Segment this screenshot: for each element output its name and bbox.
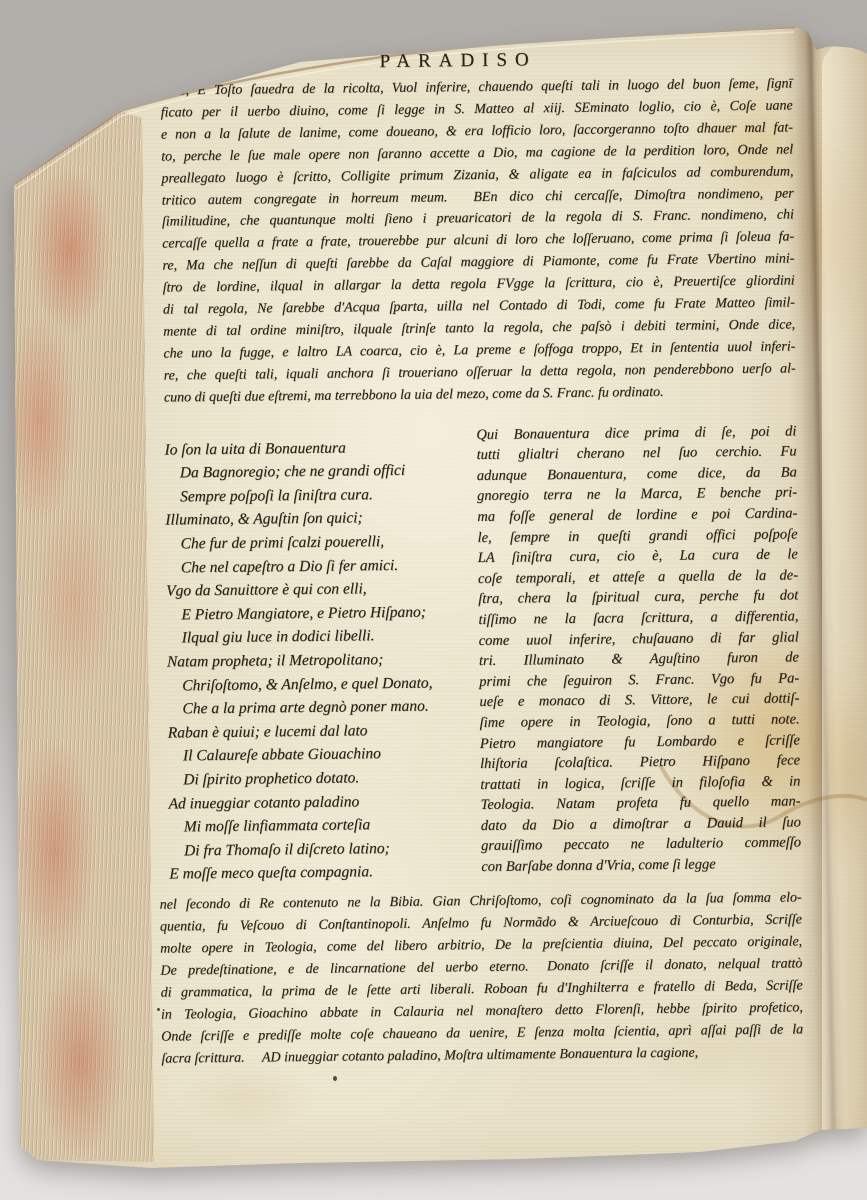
- ink-speck: [157, 1008, 160, 1011]
- verse-line: Che fur de primi ſcalzi pouerelli,: [165, 529, 459, 556]
- verse-line: Raban è quiui; e lucemi dal lato: [168, 718, 462, 745]
- open-book: PARADISO dare, E Toſto ſauedra de la ric…: [0, 0, 867, 1200]
- two-column-section: Io ſon la uita di BonauenturaDa Bagnoreg…: [164, 421, 801, 886]
- verse-line: Il Calaureſe abbate Giouachino: [168, 742, 462, 769]
- text-line: grauiſſimo peccato ne ladulterio commeſſ…: [481, 833, 801, 857]
- verse-line: Che nel capeſtro a Dio ſi fer amici.: [166, 553, 460, 580]
- ink-speck: [333, 1076, 337, 1081]
- text-line: tiſſimo ne la ſacra ſcrittura, a differe…: [478, 606, 798, 630]
- bottom-commentary: nel ſecondo di Re contenuto ne la Bibia.…: [160, 887, 804, 1070]
- intro-commentary: dare, E Toſto ſauedra de la ricolta, Vuo…: [160, 73, 796, 409]
- verse-line: Sempre poſpoſi la ſiniſtra cura.: [165, 482, 459, 509]
- text-line: con Barſabe donna d'Vria, come ſi legge: [481, 853, 801, 877]
- commentary-column: Qui Bonauentura dice prima di ſe, poi di…: [476, 421, 801, 883]
- verse-line: E Pietro Mangiatore, e Pietro Hiſpano;: [166, 600, 460, 627]
- water-stain: [185, 1065, 310, 1130]
- verse-line: Io ſon la uita di Bonauentura: [164, 435, 458, 462]
- verse-line: Di fra Thomaſo il diſcreto latino;: [169, 836, 463, 863]
- verse-line: E moſſe meco queſta compagnia.: [169, 859, 463, 886]
- photo-background: PARADISO dare, E Toſto ſauedra de la ric…: [0, 0, 867, 1200]
- verse-line: Ad inueggiar cotanto paladino: [168, 789, 462, 816]
- verse-line: Da Bagnoregio; che ne grandi offici: [165, 458, 459, 485]
- verse-line: Che a la prima arte degnò poner mano.: [167, 694, 461, 721]
- verse-line: Illuminato, & Aguſtin ſon quici;: [165, 506, 459, 533]
- verse-line: Chriſoſtomo, & Anſelmo, e quel Donato,: [167, 671, 461, 698]
- verse-line: Natam propheta; il Metropolitano;: [167, 647, 461, 674]
- text-line: ſime opere in Teologia, ſono a tutti not…: [480, 709, 800, 733]
- verse-line: Ilqual giu luce in dodici libelli.: [167, 624, 461, 651]
- verse-line: Vgo da Sanuittore è qui con elli,: [166, 576, 460, 603]
- verse-line: Di ſpirito prophetico dotato.: [168, 765, 462, 792]
- book-shadow-wrap: PARADISO dare, E Toſto ſauedra de la ric…: [0, 0, 867, 1200]
- verse-column: Io ſon la uita di BonauenturaDa Bagnoreg…: [164, 425, 463, 887]
- running-head: PARADISO: [160, 47, 756, 76]
- facing-page-edge: [822, 42, 867, 1134]
- printed-text-block: PARADISO dare, E Toſto ſauedra de la ric…: [160, 46, 803, 1070]
- verse-line: Mi moſſe linfiammata corteſia: [169, 812, 463, 839]
